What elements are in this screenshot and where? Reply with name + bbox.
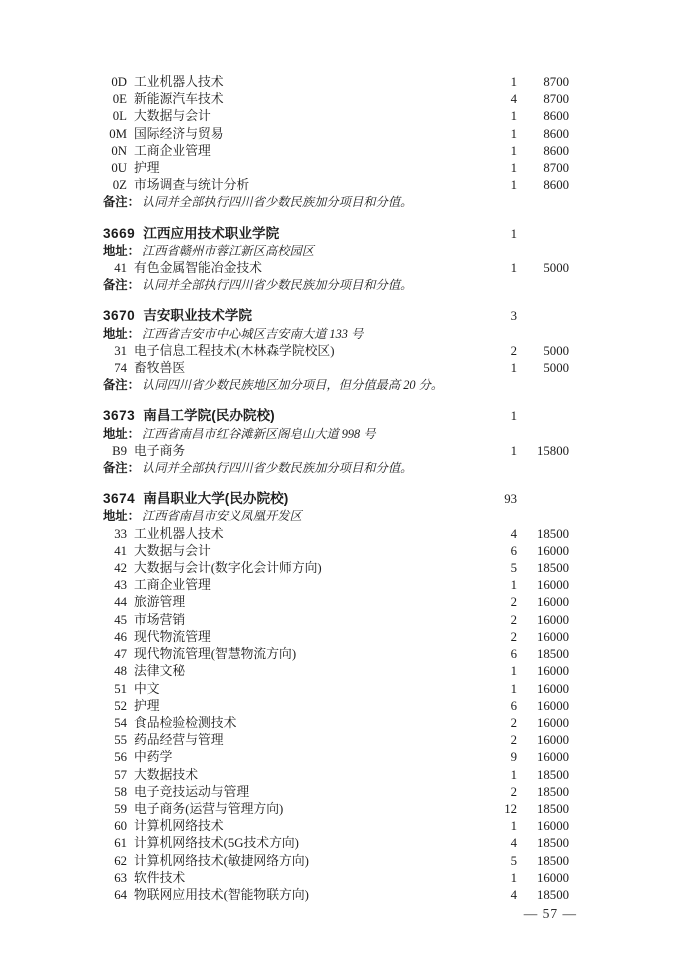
major-code: 46 bbox=[103, 629, 127, 646]
institution-plan-count: 3 bbox=[485, 308, 517, 325]
major-name: 现代物流管理 bbox=[134, 629, 485, 646]
major-name: 工商企业管理 bbox=[134, 143, 485, 160]
major-name: 工业机器人技术 bbox=[134, 74, 485, 91]
major-plan-count: 2 bbox=[485, 629, 517, 646]
major-plan-count: 2 bbox=[485, 594, 517, 611]
major-plan-count: 1 bbox=[485, 143, 517, 160]
major-row: 43工商企业管理116000 bbox=[103, 577, 569, 594]
major-code: 56 bbox=[103, 749, 127, 766]
major-code: 0Z bbox=[103, 177, 127, 194]
major-name: 国际经济与贸易 bbox=[134, 126, 485, 143]
major-tuition-fee: 16000 bbox=[517, 698, 569, 715]
major-code: 47 bbox=[103, 646, 127, 663]
major-row: 74畜牧兽医15000 bbox=[103, 360, 569, 377]
note-text: 认同并全部执行四川省少数民族加分项目和分值。 bbox=[142, 278, 413, 292]
major-row: 62计算机网络技术(敏捷网络方向)518500 bbox=[103, 853, 569, 870]
major-plan-count: 12 bbox=[485, 801, 517, 818]
major-row: 54食品检验检测技术216000 bbox=[103, 715, 569, 732]
major-tuition-fee: 8600 bbox=[517, 108, 569, 125]
note-line: 备注：认同并全部执行四川省少数民族加分项目和分值。 bbox=[103, 277, 569, 294]
major-code: 45 bbox=[103, 612, 127, 629]
major-code: 31 bbox=[103, 343, 127, 360]
address-line: 地址：江西省赣州市蓉江新区高校园区 bbox=[103, 243, 569, 260]
note-label: 备注： bbox=[103, 195, 140, 209]
major-code: 58 bbox=[103, 784, 127, 801]
major-code: 42 bbox=[103, 560, 127, 577]
institution-plan-count: 93 bbox=[485, 491, 517, 508]
institution-header: 3670吉安职业技术学院3 bbox=[103, 307, 569, 325]
major-row: 0Z市场调查与统计分析18600 bbox=[103, 177, 569, 194]
institution-plan-count: 1 bbox=[485, 408, 517, 425]
address-line: 地址：江西省南昌市红谷滩新区阁皂山大道 998 号 bbox=[103, 426, 569, 443]
major-name: 中药学 bbox=[134, 749, 485, 766]
institution-section: 3673南昌工学院(民办院校)1地址：江西省南昌市红谷滩新区阁皂山大道 998 … bbox=[103, 407, 569, 477]
address-text: 江西省南昌市安义凤凰开发区 bbox=[142, 509, 302, 523]
major-row: 55药品经营与管理216000 bbox=[103, 732, 569, 749]
major-row: 58电子竞技运动与管理218500 bbox=[103, 784, 569, 801]
major-code: 59 bbox=[103, 801, 127, 818]
page-number: — 57 — bbox=[524, 906, 577, 922]
major-row: 31电子信息工程技术(木林森学院校区)25000 bbox=[103, 343, 569, 360]
major-code: 0M bbox=[103, 126, 127, 143]
major-plan-count: 4 bbox=[485, 835, 517, 852]
major-plan-count: 1 bbox=[485, 177, 517, 194]
major-plan-count: 1 bbox=[485, 160, 517, 177]
major-name: 大数据与会计(数字化会计师方向) bbox=[134, 560, 485, 577]
major-row: 47现代物流管理(智慧物流方向)618500 bbox=[103, 646, 569, 663]
major-row: 41大数据与会计616000 bbox=[103, 543, 569, 560]
major-row: B9电子商务115800 bbox=[103, 443, 569, 460]
major-row: 41有色金属智能冶金技术15000 bbox=[103, 260, 569, 277]
major-row: 51中文116000 bbox=[103, 681, 569, 698]
major-tuition-fee: 18500 bbox=[517, 853, 569, 870]
major-tuition-fee: 16000 bbox=[517, 629, 569, 646]
institution-name: 江西应用技术职业学院 bbox=[143, 225, 485, 242]
major-tuition-fee: 16000 bbox=[517, 870, 569, 887]
major-code: 43 bbox=[103, 577, 127, 594]
note-line: 备注：认同并全部执行四川省少数民族加分项目和分值。 bbox=[103, 194, 569, 211]
major-tuition-fee: 16000 bbox=[517, 749, 569, 766]
major-row: 0L大数据与会计18600 bbox=[103, 108, 569, 125]
institution-name: 南昌工学院(民办院校) bbox=[143, 407, 485, 424]
admission-plan-list: 0D工业机器人技术187000E新能源汽车技术487000L大数据与会计1860… bbox=[103, 74, 569, 904]
major-row: 63软件技术116000 bbox=[103, 870, 569, 887]
major-row: 42大数据与会计(数字化会计师方向)518500 bbox=[103, 560, 569, 577]
address-label: 地址： bbox=[103, 244, 140, 258]
major-tuition-fee: 16000 bbox=[517, 577, 569, 594]
major-row: 56中药学916000 bbox=[103, 749, 569, 766]
major-code: B9 bbox=[103, 443, 127, 460]
major-tuition-fee: 16000 bbox=[517, 594, 569, 611]
major-name: 软件技术 bbox=[134, 870, 485, 887]
major-row: 60计算机网络技术116000 bbox=[103, 818, 569, 835]
major-name: 法律文秘 bbox=[134, 663, 485, 680]
major-tuition-fee: 16000 bbox=[517, 543, 569, 560]
note-label: 备注： bbox=[103, 278, 140, 292]
major-tuition-fee: 16000 bbox=[517, 612, 569, 629]
institution-code: 3670 bbox=[103, 307, 135, 324]
major-plan-count: 9 bbox=[485, 749, 517, 766]
major-plan-count: 1 bbox=[485, 74, 517, 91]
major-plan-count: 6 bbox=[485, 646, 517, 663]
major-name: 护理 bbox=[134, 160, 485, 177]
major-row: 46现代物流管理216000 bbox=[103, 629, 569, 646]
major-tuition-fee: 5000 bbox=[517, 343, 569, 360]
major-name: 大数据技术 bbox=[134, 767, 485, 784]
major-plan-count: 1 bbox=[485, 108, 517, 125]
major-plan-count: 1 bbox=[485, 443, 517, 460]
major-name: 市场调查与统计分析 bbox=[134, 177, 485, 194]
note-line: 备注：认同并全部执行四川省少数民族加分项目和分值。 bbox=[103, 460, 569, 477]
major-name: 计算机网络技术(5G技术方向) bbox=[134, 835, 485, 852]
note-text: 认同并全部执行四川省少数民族加分项目和分值。 bbox=[142, 461, 413, 475]
major-tuition-fee: 18500 bbox=[517, 835, 569, 852]
major-code: 55 bbox=[103, 732, 127, 749]
major-name: 旅游管理 bbox=[134, 594, 485, 611]
major-plan-count: 6 bbox=[485, 543, 517, 560]
address-text: 江西省吉安市中心城区吉安南大道 133 号 bbox=[142, 327, 363, 341]
major-code: 44 bbox=[103, 594, 127, 611]
major-name: 大数据与会计 bbox=[134, 108, 485, 125]
major-row: 64物联网应用技术(智能物联方向)418500 bbox=[103, 887, 569, 904]
major-tuition-fee: 8700 bbox=[517, 91, 569, 108]
major-code: 0E bbox=[103, 91, 127, 108]
major-name: 市场营销 bbox=[134, 612, 485, 629]
address-label: 地址： bbox=[103, 427, 140, 441]
major-plan-count: 4 bbox=[485, 91, 517, 108]
major-name: 工商企业管理 bbox=[134, 577, 485, 594]
major-code: 52 bbox=[103, 698, 127, 715]
major-plan-count: 5 bbox=[485, 560, 517, 577]
major-plan-count: 1 bbox=[485, 767, 517, 784]
major-row: 0E新能源汽车技术48700 bbox=[103, 91, 569, 108]
major-plan-count: 1 bbox=[485, 260, 517, 277]
major-code: 57 bbox=[103, 767, 127, 784]
address-text: 江西省赣州市蓉江新区高校园区 bbox=[142, 244, 314, 258]
major-code: 0L bbox=[103, 108, 127, 125]
major-row: 48法律文秘116000 bbox=[103, 663, 569, 680]
institution-header: 3673南昌工学院(民办院校)1 bbox=[103, 407, 569, 425]
address-label: 地址： bbox=[103, 327, 140, 341]
major-code: 54 bbox=[103, 715, 127, 732]
major-name: 有色金属智能冶金技术 bbox=[134, 260, 485, 277]
major-row: 45市场营销216000 bbox=[103, 612, 569, 629]
major-plan-count: 1 bbox=[485, 126, 517, 143]
major-code: 74 bbox=[103, 360, 127, 377]
major-plan-count: 2 bbox=[485, 784, 517, 801]
institution-section: 3674南昌职业大学(民办院校)93地址：江西省南昌市安义凤凰开发区33工业机器… bbox=[103, 490, 569, 904]
major-name: 电子信息工程技术(木林森学院校区) bbox=[134, 343, 485, 360]
major-name: 物联网应用技术(智能物联方向) bbox=[134, 887, 485, 904]
major-code: 62 bbox=[103, 853, 127, 870]
institution-plan-count: 1 bbox=[485, 226, 517, 243]
major-plan-count: 1 bbox=[485, 818, 517, 835]
major-name: 大数据与会计 bbox=[134, 543, 485, 560]
major-row: 44旅游管理216000 bbox=[103, 594, 569, 611]
major-row: 0M国际经济与贸易18600 bbox=[103, 126, 569, 143]
major-name: 中文 bbox=[134, 681, 485, 698]
major-tuition-fee: 16000 bbox=[517, 715, 569, 732]
major-code: 0U bbox=[103, 160, 127, 177]
major-tuition-fee: 8600 bbox=[517, 143, 569, 160]
note-text: 认同并全部执行四川省少数民族加分项目和分值。 bbox=[142, 195, 413, 209]
major-name: 计算机网络技术(敏捷网络方向) bbox=[134, 853, 485, 870]
major-tuition-fee: 8600 bbox=[517, 177, 569, 194]
major-name: 现代物流管理(智慧物流方向) bbox=[134, 646, 485, 663]
major-code: 41 bbox=[103, 260, 127, 277]
major-plan-count: 1 bbox=[485, 663, 517, 680]
institution-header: 3669江西应用技术职业学院1 bbox=[103, 225, 569, 243]
note-text: 认同四川省少数民族地区加分项目，但分值最高 20 分。 bbox=[142, 378, 443, 392]
major-plan-count: 1 bbox=[485, 681, 517, 698]
address-text: 江西省南昌市红谷滩新区阁皂山大道 998 号 bbox=[142, 427, 376, 441]
major-tuition-fee: 18500 bbox=[517, 526, 569, 543]
institution-code: 3673 bbox=[103, 407, 135, 424]
major-code: 41 bbox=[103, 543, 127, 560]
major-tuition-fee: 18500 bbox=[517, 784, 569, 801]
major-tuition-fee: 18500 bbox=[517, 560, 569, 577]
major-plan-count: 1 bbox=[485, 577, 517, 594]
major-tuition-fee: 8700 bbox=[517, 74, 569, 91]
major-row: 0D工业机器人技术18700 bbox=[103, 74, 569, 91]
major-name: 工业机器人技术 bbox=[134, 526, 485, 543]
major-code: 0N bbox=[103, 143, 127, 160]
major-name: 计算机网络技术 bbox=[134, 818, 485, 835]
major-plan-count: 6 bbox=[485, 698, 517, 715]
major-code: 61 bbox=[103, 835, 127, 852]
major-code: 60 bbox=[103, 818, 127, 835]
major-row: 52护理616000 bbox=[103, 698, 569, 715]
major-name: 电子竞技运动与管理 bbox=[134, 784, 485, 801]
major-code: 51 bbox=[103, 681, 127, 698]
major-row: 57大数据技术118500 bbox=[103, 767, 569, 784]
major-tuition-fee: 18500 bbox=[517, 767, 569, 784]
institution-section: 0D工业机器人技术187000E新能源汽车技术487000L大数据与会计1860… bbox=[103, 74, 569, 212]
major-code: 33 bbox=[103, 526, 127, 543]
major-name: 食品检验检测技术 bbox=[134, 715, 485, 732]
note-line: 备注：认同四川省少数民族地区加分项目，但分值最高 20 分。 bbox=[103, 377, 569, 394]
address-line: 地址：江西省吉安市中心城区吉安南大道 133 号 bbox=[103, 326, 569, 343]
major-name: 新能源汽车技术 bbox=[134, 91, 485, 108]
major-code: 48 bbox=[103, 663, 127, 680]
major-tuition-fee: 18500 bbox=[517, 801, 569, 818]
major-row: 0U护理18700 bbox=[103, 160, 569, 177]
major-tuition-fee: 5000 bbox=[517, 360, 569, 377]
major-tuition-fee: 16000 bbox=[517, 732, 569, 749]
institution-code: 3669 bbox=[103, 225, 135, 242]
major-plan-count: 4 bbox=[485, 887, 517, 904]
institution-header: 3674南昌职业大学(民办院校)93 bbox=[103, 490, 569, 508]
document-page: 0D工业机器人技术187000E新能源汽车技术487000L大数据与会计1860… bbox=[0, 0, 680, 961]
major-tuition-fee: 5000 bbox=[517, 260, 569, 277]
major-plan-count: 1 bbox=[485, 870, 517, 887]
major-plan-count: 2 bbox=[485, 612, 517, 629]
major-name: 药品经营与管理 bbox=[134, 732, 485, 749]
major-code: 0D bbox=[103, 74, 127, 91]
institution-name: 南昌职业大学(民办院校) bbox=[143, 490, 485, 507]
institution-code: 3674 bbox=[103, 490, 135, 507]
major-plan-count: 1 bbox=[485, 360, 517, 377]
major-name: 电子商务 bbox=[134, 443, 485, 460]
major-code: 63 bbox=[103, 870, 127, 887]
major-tuition-fee: 18500 bbox=[517, 887, 569, 904]
major-row: 33工业机器人技术418500 bbox=[103, 526, 569, 543]
major-code: 64 bbox=[103, 887, 127, 904]
major-name: 护理 bbox=[134, 698, 485, 715]
major-plan-count: 4 bbox=[485, 526, 517, 543]
major-tuition-fee: 15800 bbox=[517, 443, 569, 460]
major-name: 畜牧兽医 bbox=[134, 360, 485, 377]
major-tuition-fee: 16000 bbox=[517, 663, 569, 680]
major-tuition-fee: 16000 bbox=[517, 681, 569, 698]
address-label: 地址： bbox=[103, 509, 140, 523]
note-label: 备注： bbox=[103, 378, 140, 392]
institution-section: 3669江西应用技术职业学院1地址：江西省赣州市蓉江新区高校园区41有色金属智能… bbox=[103, 225, 569, 295]
major-tuition-fee: 18500 bbox=[517, 646, 569, 663]
major-row: 0N工商企业管理18600 bbox=[103, 143, 569, 160]
major-plan-count: 2 bbox=[485, 343, 517, 360]
major-tuition-fee: 8600 bbox=[517, 126, 569, 143]
major-row: 59电子商务(运营与管理方向)1218500 bbox=[103, 801, 569, 818]
major-tuition-fee: 16000 bbox=[517, 818, 569, 835]
note-label: 备注： bbox=[103, 461, 140, 475]
major-plan-count: 5 bbox=[485, 853, 517, 870]
major-row: 61计算机网络技术(5G技术方向)418500 bbox=[103, 835, 569, 852]
major-tuition-fee: 8700 bbox=[517, 160, 569, 177]
major-plan-count: 2 bbox=[485, 732, 517, 749]
major-name: 电子商务(运营与管理方向) bbox=[134, 801, 485, 818]
institution-section: 3670吉安职业技术学院3地址：江西省吉安市中心城区吉安南大道 133 号31电… bbox=[103, 307, 569, 394]
major-plan-count: 2 bbox=[485, 715, 517, 732]
address-line: 地址：江西省南昌市安义凤凰开发区 bbox=[103, 508, 569, 525]
institution-name: 吉安职业技术学院 bbox=[143, 307, 485, 324]
